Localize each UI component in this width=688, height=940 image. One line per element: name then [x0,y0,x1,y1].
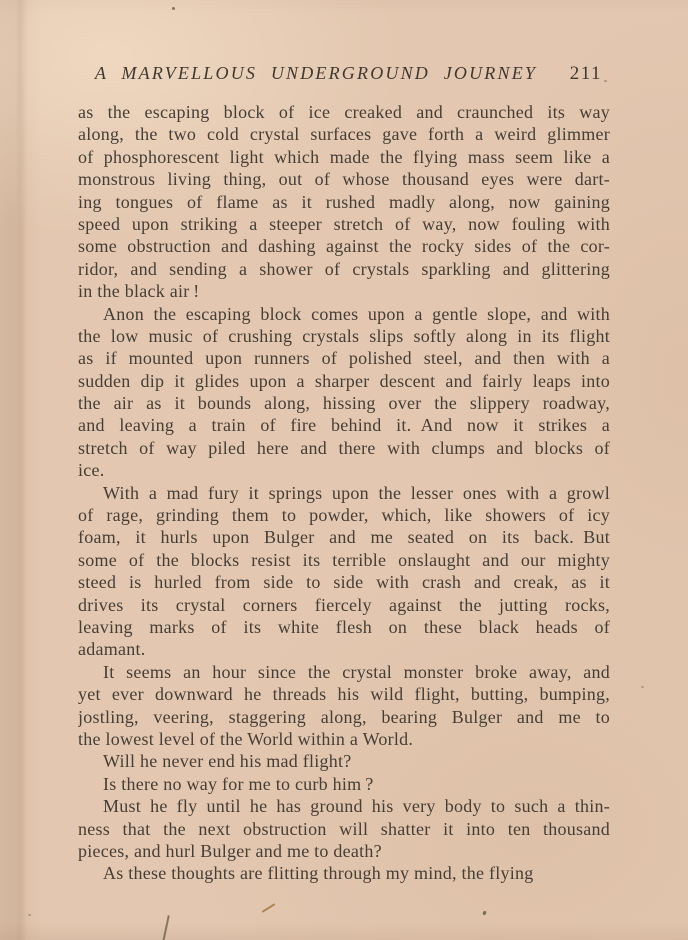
text-line: the low music of crushing crystals slips… [78,325,610,347]
text-line: as the escaping block of ice creaked and… [78,101,610,123]
text-line: Must he fly until he has ground his very… [78,795,610,817]
text-line: in the black air ! [78,280,610,302]
text-line: adamant. [78,638,610,660]
text-line: the lowest level of the World within a W… [78,728,610,750]
text-line: of rage, grinding them to powder, which,… [78,504,610,526]
text-line: Will he never end his mad flight? [78,750,610,772]
text-line: ness that the next obstruction will shat… [78,818,610,840]
text-line: sudden dip it glides upon a sharper desc… [78,370,610,392]
text-line: yet ever downward he threads his wild fl… [78,683,610,705]
paper-speck [558,118,560,120]
paper-speck [604,80,607,82]
text-line: some obstruction and dashing against the… [78,235,610,257]
paper-speck [172,7,175,10]
text-line: It seems an hour since the crystal monst… [78,661,610,683]
book-page-scan: A MARVELLOUS UNDERGROUND JOURNEY 211 as … [0,0,688,940]
paper-speck [28,914,31,916]
text-line: jostling, veering, staggering along, bea… [78,706,610,728]
text-line: As these thoughts are flitting through m… [78,862,610,884]
text-line: along, the two cold crystal surfaces gav… [78,123,610,145]
text-line: of phosphorescent light which made the f… [78,146,610,168]
text-line: the air as it bounds along, hissing over… [78,392,610,414]
text-line: leaving marks of its white flesh on thes… [78,616,610,638]
text-line: ridor, and sending a shower of crystals … [78,258,610,280]
text-line: foam, it hurls upon Bulger and me seated… [78,526,610,548]
body-text: as the escaping block of ice creaked and… [78,101,610,885]
running-header: A MARVELLOUS UNDERGROUND JOURNEY 211 [78,63,610,87]
paper-scratch [262,903,276,913]
text-line: and leaving a train of fire behind it. A… [78,414,610,436]
page-number: 211 [570,63,602,85]
text-line: speed upon striking a steeper stretch of… [78,213,610,235]
text-line: pieces, and hurl Bulger and me to death? [78,840,610,862]
paper-speck [482,911,486,916]
paper-crease [14,0,28,940]
text-line: as if mounted upon runners of polished s… [78,347,610,369]
paper-speck [641,686,644,688]
text-line: some of the blocks resist its terrible o… [78,549,610,571]
text-line: Anon the escaping block comes upon a gen… [78,303,610,325]
text-line: drives its crystal corners fiercely agai… [78,594,610,616]
paper-fiber [162,915,169,940]
text-line: stretch of way piled here and there with… [78,437,610,459]
text-line: ing tongues of flame as it rushed madly … [78,191,610,213]
chapter-running-title: A MARVELLOUS UNDERGROUND JOURNEY [78,63,554,84]
text-line: monstrous living thing, out of whose tho… [78,168,610,190]
text-line: ice. [78,459,610,481]
text-line: With a mad fury it springs upon the less… [78,482,610,504]
text-line: Is there no way for me to curb him ? [78,773,610,795]
text-line: steed is hurled from side to side with c… [78,571,610,593]
